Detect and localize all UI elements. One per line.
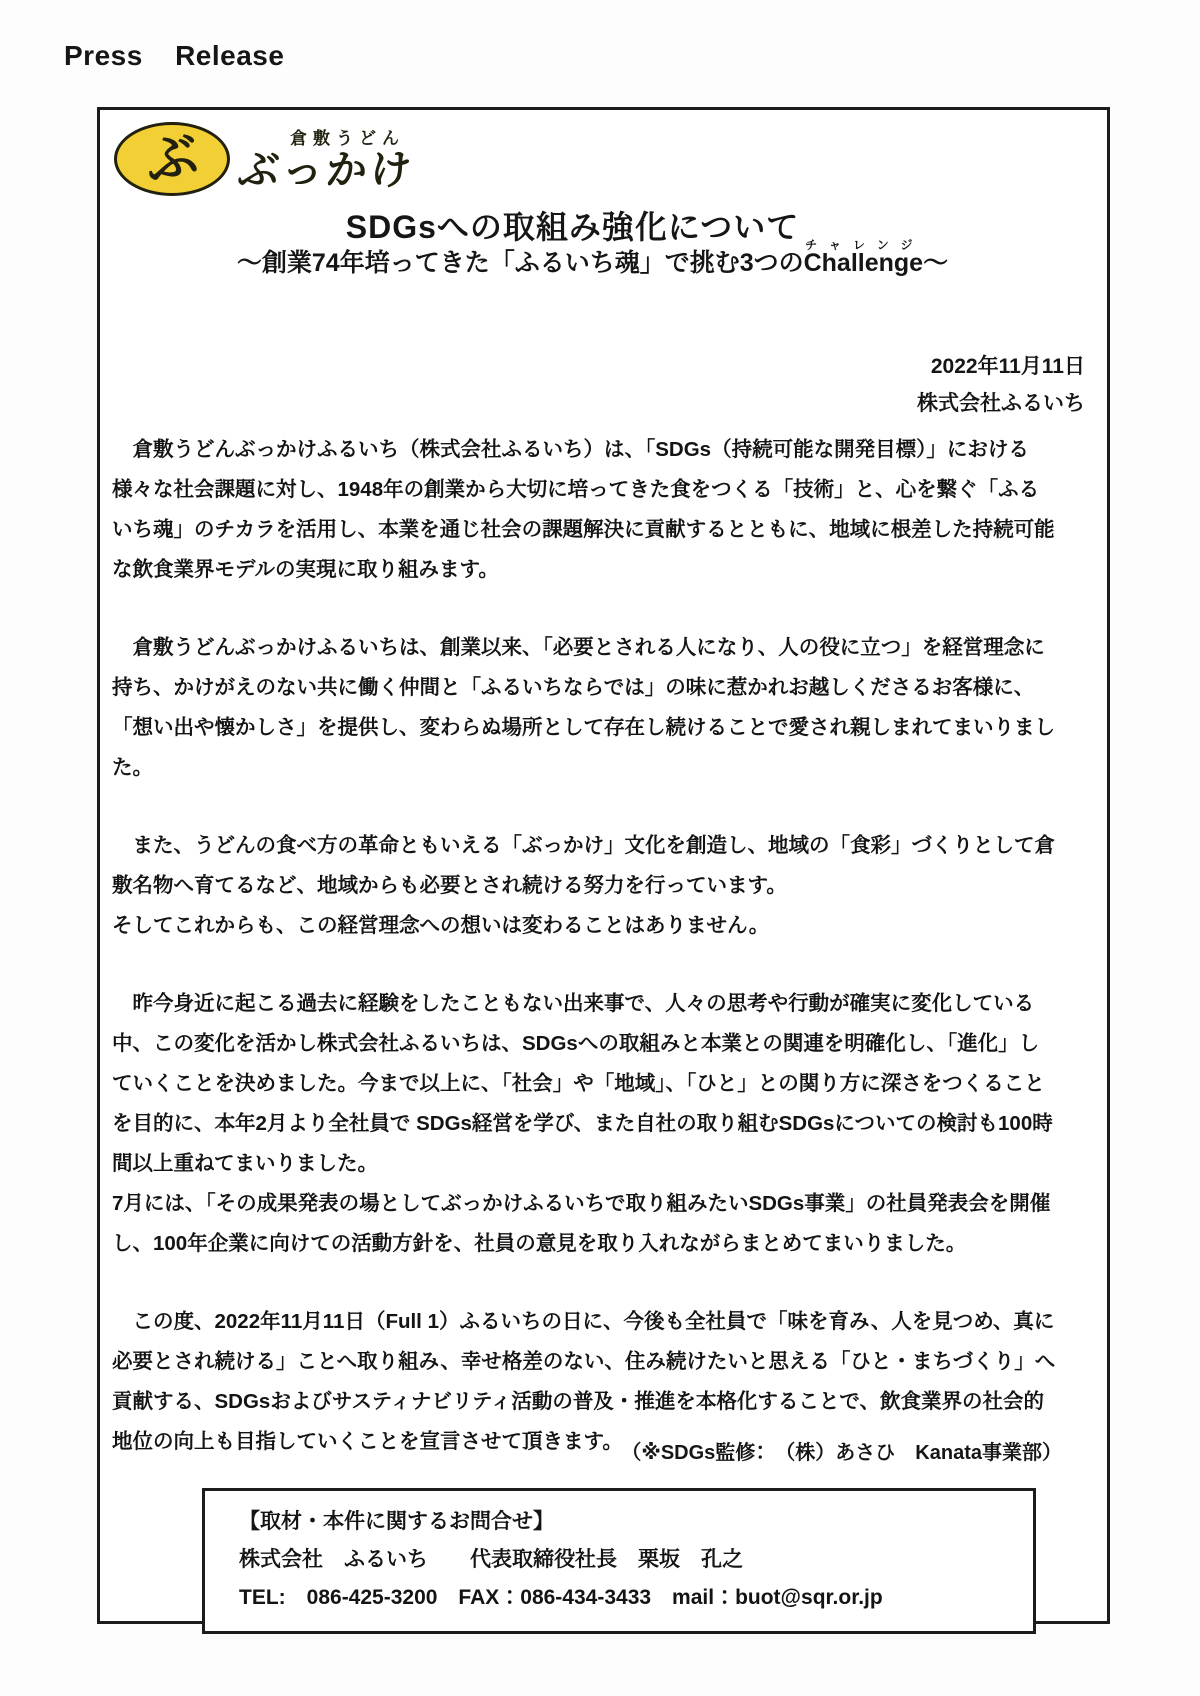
paragraph-4: 昨今身近に起こる過去に経験をしたこともない出来事で、人々の思考や行動が確実に変化… <box>112 984 1056 1264</box>
contact-box: 【取材・本件に関するお問合せ】 株式会社 ふるいち 代表取締役社長 栗坂 孔之 … <box>202 1488 1036 1634</box>
document-frame: ぶ 倉敷うどん ぶっかけ SDGsへの取組み強化について 〜創業74年培ってきた… <box>97 107 1110 1624</box>
paragraph-3: また、うどんの食べ方の革命ともいえる「ぶっかけ」文化を創造し、地域の「食彩」づく… <box>112 826 1056 946</box>
contact-company-president: 株式会社 ふるいち 代表取締役社長 栗坂 孔之 <box>239 1541 1019 1579</box>
logo-oval-mark-icon: ぶ <box>114 122 230 196</box>
subtitle-challenge-ruby: Challengeチャレンジ <box>804 249 923 277</box>
release-date: 2022年11月11日 <box>917 348 1085 385</box>
press-release-label: Press Release <box>64 40 284 72</box>
body-text: 倉敷うどんぶっかけふるいち（株式会社ふるいち）は、「SDGs（持続可能な開発目標… <box>112 430 1056 1500</box>
subtitle-challenge-word: Challenge <box>804 249 923 277</box>
bukkake-furuichi-logo: ぶ 倉敷うどん ぶっかけ <box>114 122 414 196</box>
logo-text-block: 倉敷うどん ぶっかけ <box>238 122 414 192</box>
company-name: 株式会社ふるいち <box>917 385 1085 422</box>
contact-heading: 【取材・本件に関するお問合せ】 <box>239 1503 1019 1541</box>
press-release-page: { "page": { "label": "Press Release" }, … <box>0 0 1200 1696</box>
document-subtitle: 〜創業74年培ってきた「ふるいち魂」で挑む3つのChallengeチャレンジ〜 <box>100 238 1085 279</box>
subtitle-prefix: 〜創業74年培ってきた「ふるいち魂」で挑む3つの <box>237 249 804 277</box>
logo-kurashiki-udon-text: 倉敷うどん <box>290 124 414 149</box>
contact-tel-fax-mail: TEL: 086-425-3200 FAX：086-434-3433 mail：… <box>239 1579 1019 1617</box>
paragraph-2: 倉敷うどんぶっかけふるいちは、創業以来、「必要とされる人になり、人の役に立つ」を… <box>112 628 1056 788</box>
subtitle-ruby-katakana: チャレンジ <box>804 238 923 252</box>
subtitle-suffix: 〜 <box>923 249 948 277</box>
paragraph-1: 倉敷うどんぶっかけふるいち（株式会社ふるいち）は、「SDGs（持続可能な開発目標… <box>112 430 1056 590</box>
logo-bukkake-text: ぶっかけ <box>236 149 416 192</box>
logo-bu-character: ぶ <box>143 130 202 189</box>
date-company-block: 2022年11月11日 株式会社ふるいち <box>917 348 1085 422</box>
sdgs-supervision-note: （※SDGs監修： （株）あさひ Kanata事業部） <box>100 1436 1062 1465</box>
